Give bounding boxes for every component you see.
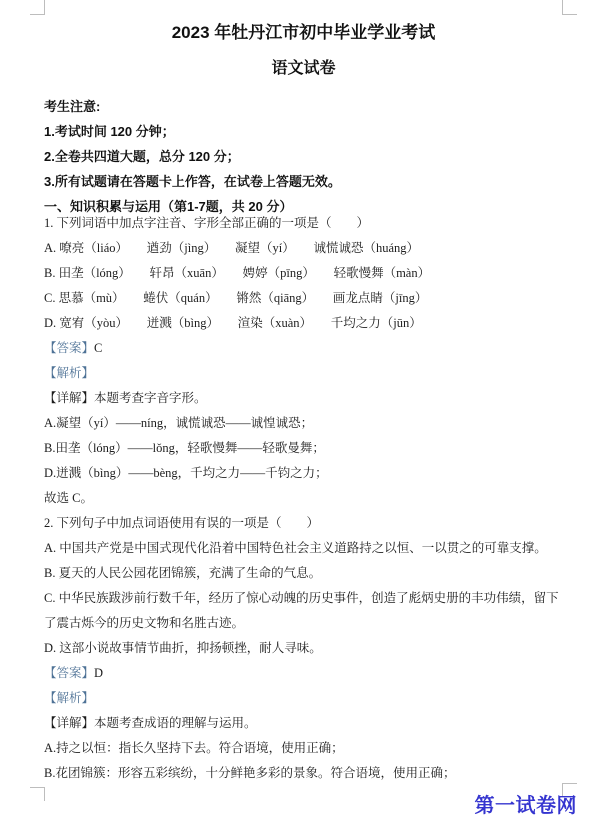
question-2-option-c: C. 中华民族跋涉前行数千年，经历了惊心动魄的历史事件，创造了彪炳史册的丰功伟绩… [44, 586, 563, 636]
crop-mark-top-left [44, 0, 45, 14]
question-1-answer-line: 【答案】C [44, 336, 563, 361]
notice-item-3: 3.所有试题请在答题卡上作答，在试卷上答题无效。 [44, 169, 563, 194]
notice-item-1: 1.考试时间 120 分钟； [44, 119, 563, 144]
question-2-option-b: B. 夏天的人民公园花团锦簇，充满了生命的气息。 [44, 561, 563, 586]
question-1-explanation-d: D.迸溅（bìng）——bèng，千均之力——千钧之力； [44, 461, 563, 486]
answer-label: 【答案】 [44, 666, 94, 680]
question-2-option-a: A. 中国共产党是中国式现代化沿着中国特色社会主义道路持之以恒、一以贯之的可靠支… [44, 536, 563, 561]
crop-mark-top-left [30, 14, 45, 15]
question-1-stem: 1. 下列词语中加点字注音、字形全部正确的一项是（ ） [44, 211, 563, 236]
answer-value: D [94, 666, 103, 680]
question-2-option-d: D. 这部小说故事情节曲折，抑扬顿挫，耐人寻味。 [44, 636, 563, 661]
question-1-explanation-b: B.田垄（lóng）——lǒng，轻歌慢舞——轻歌曼舞； [44, 436, 563, 461]
crop-mark-bottom-left [44, 787, 45, 801]
site-watermark: 第一试卷网 [475, 789, 578, 818]
exam-title: 2023 年牡丹江市初中毕业学业考试 [44, 20, 563, 46]
question-1-option-d: D. 宽宥（yòu） 迸溅（bìng） 渲染（xuàn） 千均之力（jūn） [44, 311, 563, 336]
question-1-option-c: C. 思慕（mù） 蜷伏（quán） 锵然（qiāng） 画龙点睛（jīng） [44, 286, 563, 311]
question-1-explanation-a: A.凝望（yí）——níng，诚慌诚恐——诚惶诚恐； [44, 411, 563, 436]
notice-item-2: 2.全卷共四道大题，总分 120 分； [44, 144, 563, 169]
question-2-detail: 【详解】本题考查成语的理解与运用。 [44, 711, 563, 736]
question-1-analysis-label: 【解析】 [44, 361, 563, 386]
question-1-conclusion: 故选 C。 [44, 486, 563, 511]
crop-mark-bottom-left [30, 787, 45, 788]
question-2-explanation-a: A.持之以恒：指长久坚持下去。符合语境，使用正确； [44, 736, 563, 761]
exam-subject-title: 语文试卷 [44, 56, 563, 82]
question-1-option-b: B. 田垄（lóng） 轩昂（xuān） 娉婷（pīng） 轻歌慢舞（màn） [44, 261, 563, 286]
crop-mark-top-right [562, 14, 577, 15]
notice-heading: 考生注意: [44, 94, 563, 119]
exam-paper-page: 2023 年牡丹江市初中毕业学业考试 语文试卷 考生注意: 1.考试时间 120… [0, 0, 599, 829]
question-2-answer-line: 【答案】D [44, 661, 563, 686]
crop-mark-bottom-right [562, 783, 577, 784]
question-2-analysis-label: 【解析】 [44, 686, 563, 711]
answer-label: 【答案】 [44, 341, 94, 355]
question-2-explanation-b: B.花团锦簇：形容五彩缤纷，十分鲜艳多彩的景象。符合语境，使用正确； [44, 761, 563, 786]
question-1-detail: 【详解】本题考查字音字形。 [44, 386, 563, 411]
crop-mark-top-right [562, 0, 563, 14]
document-content: 2023 年牡丹江市初中毕业学业考试 语文试卷 考生注意: 1.考试时间 120… [44, 14, 563, 786]
question-2-stem: 2. 下列句子中加点词语使用有误的一项是（ ） [44, 511, 563, 536]
question-1-option-a: A. 嘹亮（liáo） 遒劲（jìng） 凝望（yí） 诚慌诚恐（huáng） [44, 236, 563, 261]
answer-value: C [94, 341, 102, 355]
